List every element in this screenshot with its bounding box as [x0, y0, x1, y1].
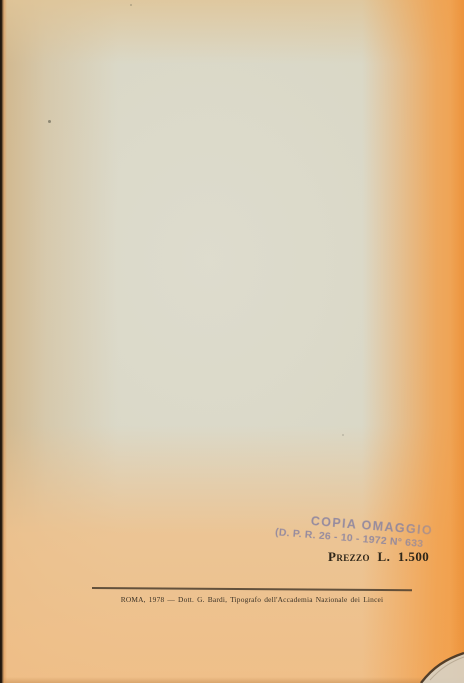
copia-omaggio-stamp: COPIA OMAGGIO (D. P. R. 26 - 10 - 1972 N…	[275, 511, 464, 553]
page-corner-curl	[392, 647, 464, 683]
price-text: Prezzo L. 1.500	[328, 549, 429, 565]
paper-speck	[342, 434, 344, 436]
colophon-divider	[92, 587, 412, 591]
paper-speck	[130, 4, 132, 6]
colophon-text: ROMA, 1978 — Dott. G. Bardi, Tipografo d…	[92, 595, 412, 604]
cover-spine-edge	[0, 0, 7, 683]
book-back-cover-photo: COPIA OMAGGIO (D. P. R. 26 - 10 - 1972 N…	[0, 0, 464, 683]
paper-speck	[48, 120, 51, 123]
